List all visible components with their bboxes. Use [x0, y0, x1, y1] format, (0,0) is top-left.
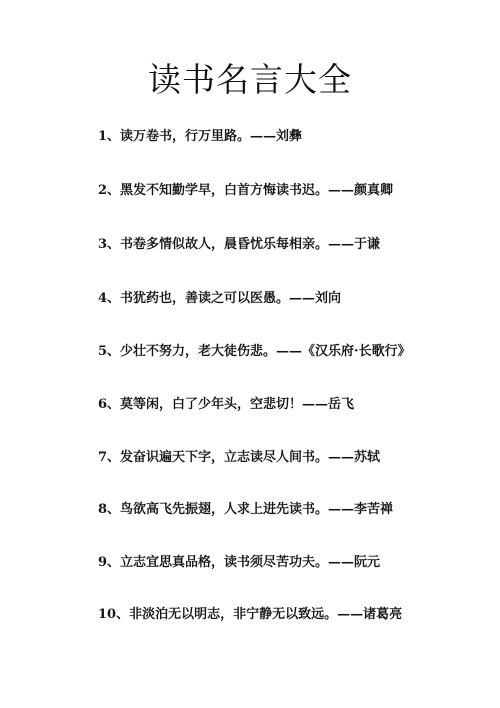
quote-item: 5、少壮不努力，老大徒伤悲。——《汉乐府·长歌行》	[98, 343, 411, 361]
quote-item: 1、读万卷书，行万里路。——刘彝	[98, 128, 302, 146]
quote-item: 6、莫等闲，白了少年头，空悲切！——岳飞	[98, 396, 354, 414]
quote-item: 2、黑发不知勤学早，白首方悔读书迟。——颜真卿	[98, 182, 393, 200]
quote-item: 9、立志宜思真品格，读书须尽苦功夫。——阮元	[98, 554, 380, 572]
page-title: 读书名言大全	[0, 58, 500, 102]
quote-item: 8、鸟欲高飞先振翅，人求上进先读书。——李苦禅	[98, 501, 393, 519]
document-page: 读书名言大全 1、读万卷书，行万里路。——刘彝 2、黑发不知勤学早，白首方悔读书…	[0, 0, 500, 708]
quote-item: 4、书犹药也，善读之可以医愚。——刘向	[98, 290, 341, 308]
quote-item: 10、非淡泊无以明志，非宁静无以致远。——诸葛亮	[98, 606, 402, 624]
quote-item: 3、书卷多情似故人，晨昏忧乐每相亲。——于谦	[98, 236, 380, 254]
quote-item: 7、发奋识遍天下字，立志读尽人间书。——苏轼	[98, 449, 380, 467]
